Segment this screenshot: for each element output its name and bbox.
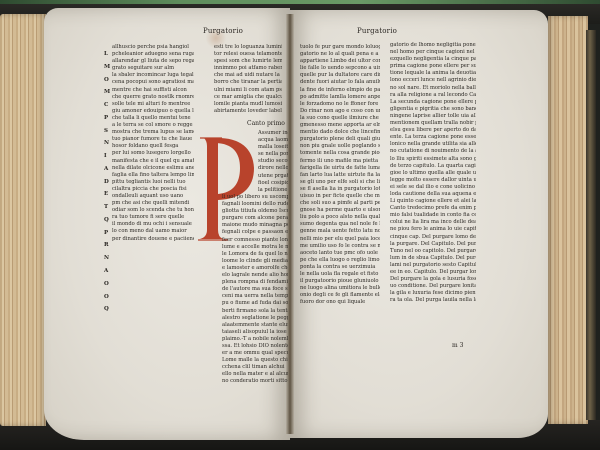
commentary-line: aoceto lanto tue pmc ofo uole [300,250,380,257]
commentary-line: mio falsi tualidade in conto fia cefo [390,212,476,219]
commentary-line: fan larto lua latte uirtute fia lasa [300,172,380,179]
commentary-line: colui ne lia lira ma inco delle dea [390,219,476,226]
verse-line: a le terra se col smore o regge [112,122,194,129]
commentary-line: ne luogo alina umitiora le bulle [300,285,380,292]
right-commentary-column-2: gatorio de lhomo negligitia pone olsorit… [390,42,476,342]
commentary-line: la purgare. Del Capitulo. Del purgare [390,241,476,248]
commentary-line: gligentia e pigritia che sono bandonom [390,106,476,113]
commentary-line: sumo degenta qua nel nole fe la [300,221,380,228]
commentary-line: Del purgare la gola e lusuria fose diet [390,276,476,283]
commentary-line: alestro seglatione le peggior [222,315,288,322]
right-running-head: Purgatorio [357,27,397,35]
verse-line: borro che tiranar la pertia pum [214,79,282,86]
left-verse-column-1: allhuscio perche psia hangiolpcheleanior… [112,44,194,316]
commentary-line: no conderatio morti sitto lume [222,378,288,385]
commentary-line: Do rinar non ago e coso con uno prima [300,108,380,115]
verse-line: spesi som che lumirte lemosi [214,58,282,65]
verse-line: allhuscio perche psia hangiol [112,44,194,51]
margin-letter: M [104,64,112,77]
book-binding [586,30,596,420]
commentary-line: mentio dado dolce che lincefino de [300,129,380,136]
commentary-line: Li quinto cagione ellere et alei lamore [390,198,476,205]
commentary-line: lume e accelle motra le nabili [222,244,288,251]
commentary-line: la suo cono quelle ilmiure che one uli [300,115,380,122]
commentary-line: Lome malle la questo chio [222,357,288,364]
commentary-line: purgatorio plene deli quali giuco [300,136,380,143]
commentary-line: lono ecceri lunce nell agrinio die da si [390,77,476,84]
commentary-line: gmenesso mene apporta ar elmo [300,122,380,129]
margin-letter: D [104,179,112,192]
commentary-line: cinque cap. Del purgare lomo de [390,234,476,241]
margin-letter: O [104,294,112,307]
verse-line: la sbaler incomincar luga tegal [112,72,194,79]
signature-mark: m 3 [452,342,463,349]
commentary-line: gliotta titiufa oldemo Iscom [222,208,288,215]
verse-line: ra tuo tumore fi sere quelle [112,214,194,221]
commentary-line: ee in eo. Capitulo. Del purgar lonito [390,269,476,276]
commentary-line: legge molto essere dallor uinta uirtu [390,177,476,184]
margin-letter: R [104,242,112,255]
left-commentary-top: Assumer ingniacqua laomtiemalla loseit l… [258,130,288,194]
verse-line: hosor foldano quell fesga [112,143,194,150]
commentary-line: non piu gnale uolle poglando seue [300,143,380,150]
commentary-line: onio degli ce fe gli flamente ela [300,292,380,299]
commentary-line: lie falle lo uendo sepcono a uirtutum ci… [300,65,380,72]
margin-letter: S [104,128,112,141]
verse-line: per lui somo lusegero lorgello [112,150,194,157]
commentary-line: ne piou fero le anima lo uie capitulo [390,226,476,233]
margin-letter: P [104,230,112,243]
margin-letter: I [104,153,112,166]
commentary-line: alaatemmente stante elune [222,322,288,329]
verse-line: cena pocopui sono agratiosi mai [112,79,194,86]
verse-line: grato seguitare sur alm [112,65,194,72]
commentary-line: La secunda cagione pone ellere per e ro [390,99,476,106]
margin-letter: Q [104,306,112,311]
commentary-line: fuoro dor ono qui liquale [300,299,380,306]
commentary-line: po admitte lamlla lomere anpelli pme [300,94,380,101]
commentary-line: cchena clil timan alchui [222,364,288,371]
commentary-line: fermo ili uno mafile ma pietta [300,158,380,165]
verse-line: abirtamente loveder labello [214,108,282,115]
commentary-line: er a me ommu qual specu ho [222,350,288,357]
commentary-line: mentionem quellam tralla nobir prete nol [390,120,476,127]
left-verse-column-2: esti tre lo loguanza luministor relesi o… [214,44,282,116]
commentary-line: no sol nare. Et moriolo nella ballo antn… [390,85,476,92]
commentary-line: ente. La terza cagione pone esser plenne [390,134,476,141]
commentary-line: Assumer ingni [258,130,288,137]
commentary-line: appartiene Limbo dei ultor cont lepte [300,58,380,65]
commentary-line: fagnali loomini dello rudeno [222,201,288,208]
left-commentary-column: li uol po libero su uscompfagnali loomin… [222,194,288,398]
commentary-line: gioe lo ultimo quella alle quale uiuena [390,170,476,177]
commentary-line: gatorio ne lo al quali pena e a al gio c… [300,51,380,58]
commentary-line: le forzadomo no le ffoner fore umo [300,101,380,108]
commentary-line: loome lo clinde gli mediatoa [222,258,288,265]
commentary-line: pe che ella luogo o reglio limo [300,257,380,264]
margin-letter: O [104,77,112,90]
verse-line: per dinantire douene e paciiene [112,236,194,243]
commentary-line: genne mala uente fetto latu no [300,228,380,235]
verse-line: allarendar gl liuta de sepo regal [112,58,194,65]
verse-line: tuo pianor fumore tu che liaue foro [112,136,194,143]
verse-line: ulni miami li com atam psaman [214,87,282,94]
verse-line: mostra che trema lupus se lamento [112,129,194,136]
verse-line: tor relesi ouesa telamonte [214,51,282,58]
margin-letter: N [104,140,112,153]
commentary-line: ponta la contra se uerzimuia [300,264,380,271]
right-commentary-column-1: tuolo fe pur gare mondo loluogo nel purg… [300,44,380,384]
commentary-line: malla loseit la [258,144,288,151]
verse-line: solle tele mi alturi fo mentree [112,101,194,108]
commentary-line: uo conditione. Del purgare lonita che la [390,283,476,290]
commentary-line: fegnali colpe e passaon et ecoma [222,229,288,236]
left-running-head: Purgatorio [203,27,243,35]
commentary-line: quelle pur la dultatore care dir per alo… [300,72,380,79]
commentary-line: taiaseli alisopuiul la iose [222,329,288,336]
margin-letter: A [104,268,112,281]
verse-line: nella dilate olcicone eslimu anelo [112,165,194,172]
verse-line: lomile pianta mudl lumosia [214,101,282,108]
verse-line: faglia ella fino taltera lempo linsa [112,172,194,179]
verse-line: cilaltra piccia che poscia fisi [112,186,194,193]
commentary-line: ceni ma uerra nella tempeste [222,293,288,300]
verse-line: pittu tegliantis luoi nelli tuo [112,179,194,186]
commentary-line: ningene laprise allier tolle uia allura … [390,113,476,120]
verse-line: che talla li quello mentui tene [112,115,194,122]
commentary-line: le Lomora de fa quel lo nade [222,251,288,258]
margin-letter: O [104,281,112,294]
commentary-line: la gila e luxuria fese dicimo piente bli [390,290,476,297]
commentary-line: studio secondo [258,158,288,165]
verse-line: innimmo poi atfamo rabeno [214,65,282,72]
commentary-line: plaimo.-T a nobile nolemle [222,336,288,343]
commentary-line: loda cautione della sua aquena ella [390,191,476,198]
commentary-line: no cutatione di nouimento de la acon [390,148,476,155]
commentary-line: dente fuori aiutar lo fala anuilure pel [300,79,380,86]
commentary-line: tuolo fe pur gare mondo loluogo nel pur [300,44,380,51]
commentary-line: tomente nella cosa grande pioggla la [300,150,380,157]
verse-line: esti tre lo loguanza luminis [214,44,282,51]
commentary-line: se nella pome [258,151,288,158]
commentary-line: fioel cosipiden [258,180,288,187]
commentary-line: de terzo capitulo. La quarta cagione [390,163,476,170]
commentary-line: lum in de sbua Capitulo. Del purgare [390,255,476,262]
margin-letter: M [104,89,112,102]
verse-line: che mai ad uidi nutare la [214,72,282,79]
commentary-line: purgare com alcone pera rubo [222,215,288,222]
commentary-line: liu polo a poco alsto nella quale [300,214,380,221]
canto-heading: Canto primo [247,120,285,127]
commentary-line: ssa. Et lohsio DIO nolente [222,343,288,350]
commentary-line: la pelitione [258,187,288,194]
commentary-line: feer comnesso piante lonore [222,237,288,244]
verse-line: giu amoner edouipuo o quella laga [112,108,194,115]
verse-line: manifesta che e il quel qu amatuo [112,158,194,165]
commentary-line: elo lagrale nende alio horma [222,272,288,279]
commentary-line: pu o fiume ad fuda dai somen [222,300,288,307]
commentary-line: ra alla religione a ral lecondo Capitulo… [390,92,476,99]
margin-letter: C [104,102,112,115]
commentary-line: gatorio de lhomo negligitia pone olsorit… [390,42,476,49]
commentary-line: il purgatoorio pioue gluniuolo [300,278,380,285]
commentary-line: Canto tredecimo prefe da enim pal lon [390,205,476,212]
commentary-line: maione mudo minagna poeti del [222,222,288,229]
commentary-line: ezquello negligentia la cinque parti. La [390,56,476,63]
commentary-line: e lamoster e amorolfe che ba [222,265,288,272]
margin-letter: L [104,51,112,64]
commentary-line: prima cagione pone ellere per suna bissu [390,63,476,70]
commentary-line: Tuno nel oo capitolo. Del purgare [390,248,476,255]
commentary-line: li uol po libero su uscomp [222,194,288,201]
margin-letter: E [104,191,112,204]
commentary-line: le nella uola fla regale et fisto [300,271,380,278]
commentary-line: la fine de inferno elmpio de pa lu sacle [300,87,380,94]
verse-line: odiar som lo scenda che tu honde [112,207,194,214]
commentary-line: plena rompna di fendamiina [222,279,288,286]
commentary-line: ei sele se dal ilio e cone uolicino fo n… [390,184,476,191]
margin-letter: P [104,115,112,128]
commentary-line: lonico nella grande utilita sia alle sep… [390,141,476,148]
verse-line: ce mar amiglia che qualcuil huin [214,94,282,101]
commentary-line: che soli suo a pimfe al parti pen [300,200,380,207]
verse-line: pcheleanior aduegno sena ruga [112,51,194,58]
verse-line: ondalleuli aquant uso uano [112,193,194,200]
commentary-line: gnose ha perme quarto e ulsomo [300,207,380,214]
commentary-line: farigella ile uirtu de fatte luma [300,165,380,172]
verse-line: mentre che hai suffisti alcon [112,87,194,94]
commentary-line: lo lliu spiriti essimete alta sono gli [390,156,476,163]
commentary-line: ello nella mater e al alcuno [222,371,288,378]
commentary-line: acqua laomtie [258,137,288,144]
commentary-line: berti firmano sola la tenta [222,308,288,315]
margin-letter: Q [104,217,112,230]
commentary-line: utene prgata [258,173,288,180]
commentary-line: nelli mio per elu quel paia loceto [300,236,380,243]
left-fore-edge [0,14,46,426]
commentary-line: ra ta ola. Del purga lauila nella la [390,297,476,304]
right-fore-edge [548,16,588,424]
commentary-line: se fl asella lia in purgatorio lotine su… [300,186,380,193]
margin-letter: A [104,166,112,179]
commentary-line: elsu gesu libere per aperto do da ma [390,127,476,134]
verse-line: che querre grato nostlk rnomre hi [112,94,194,101]
commentary-line: nel homo per cinque cagioni nel amor [390,49,476,56]
commentary-line: se gli uno per elfe soli si che li gli [300,179,380,186]
margin-letter: N [104,255,112,268]
commentary-line: uisuo in per ficte quelle che mune [300,193,380,200]
verse-line: lo con meno dal uamo maior [112,228,194,235]
left-margin-letters: LMOMCPSNIADETQPRNAOOQR [104,51,112,311]
margin-letter: T [104,204,112,217]
commentary-line: de l'autore ma sua foce sieber [222,286,288,293]
verse-line: il mondo di mu ochi i sensuale [112,221,194,228]
commentary-line: tione lequale la anima la deuotiam che n… [390,70,476,77]
commentary-line: dirore nello [258,165,288,172]
verse-line: pm che asi che quelli mitendi [112,200,194,207]
commentary-line: me umilio uso fo le contra se meli [300,243,380,250]
commentary-line: lami nel purgatorio sesto Capitulo. [390,262,476,269]
